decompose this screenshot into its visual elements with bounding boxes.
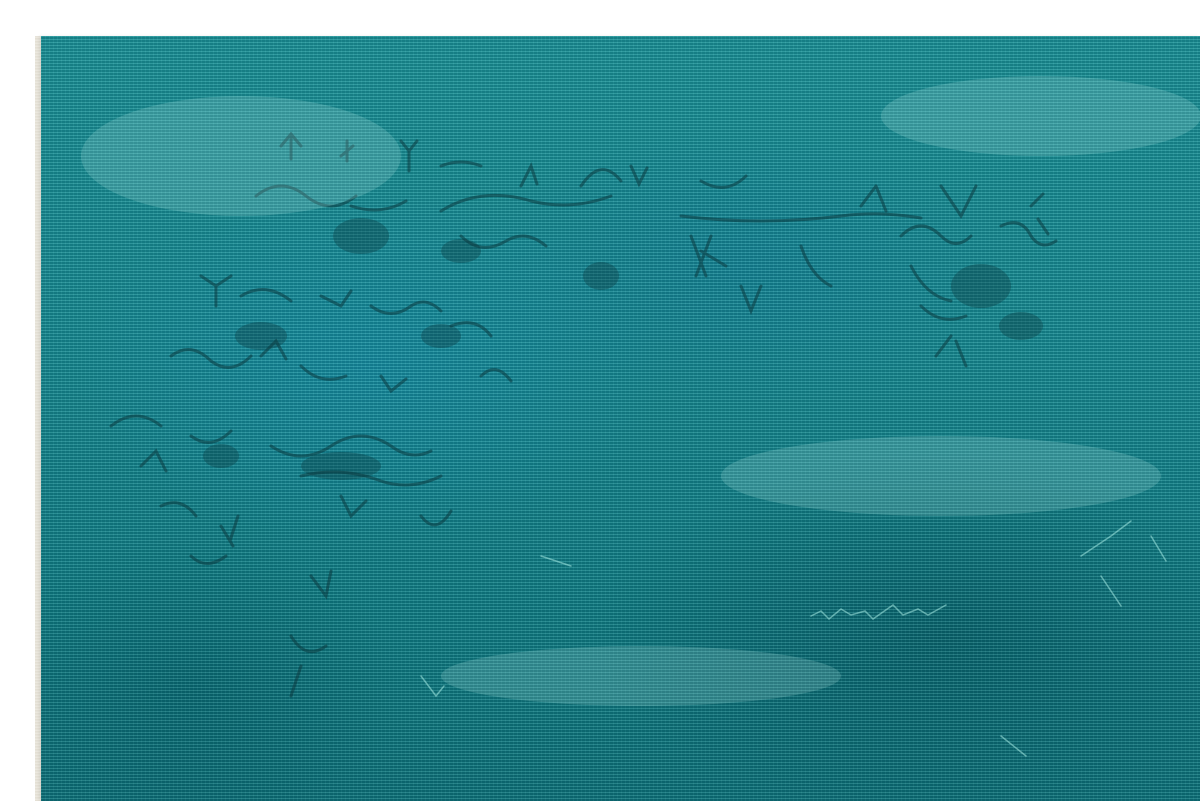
photo-scene [0, 0, 1200, 801]
worn-texture-highlights [41, 36, 1200, 801]
teal-rug [41, 36, 1200, 801]
